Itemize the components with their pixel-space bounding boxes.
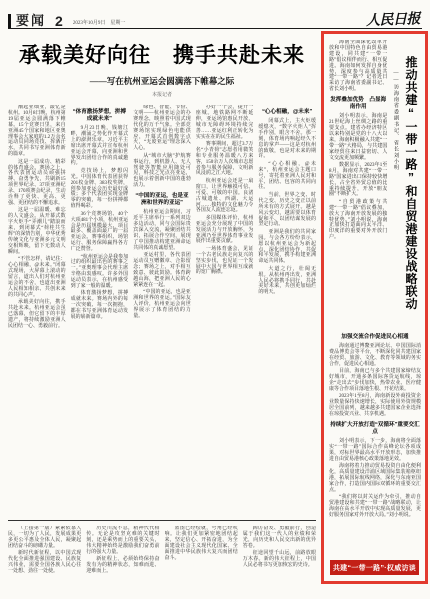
article-paragraph: 一场体育盛会，见证一个古老民族走向复兴的坚实步伐，也见证一个发展中大国与世界相互…: [196, 247, 254, 277]
article-paragraph: 新征程上，必须始终保持奋发有为的精神状态，知难而进、迎难而上。: [86, 557, 159, 575]
article-paragraph: 刘小明表示，海南是21世纪海上丝绸之路的重要支点。建省办经济特区以来特别是党的十…: [329, 114, 387, 161]
article-column-3: 绿色、智能、节俭、文明——杭州亚运会的办赛理念，映照着中国式现代化的万千气象。全…: [133, 105, 191, 513]
article-subheading: “体育激扬梦想，拼搏成就未来”: [71, 109, 129, 123]
main-subtitle: ——写在杭州亚运会圆满落下帷幕之际: [8, 75, 316, 87]
page-number: 2: [55, 14, 63, 28]
continuation-column-2: 历史川流不息，精神代代相传。无论是攻坚克难的关键时刻，还是乘势而上的重要关头，伟…: [86, 526, 159, 590]
article-paragraph: 潮起亚细亚，最忆是杭州。10月8日晚，杭州第19届亚运会圆满落下帷幕。15个竞赛…: [8, 105, 66, 158]
article-paragraph: 海南通过博鳌亚洲论坛、中国国际消费品博览会等平台，不断深化同共建国家在经贸、旅游…: [329, 344, 421, 368]
article-paragraph: 历史川流不息，精神代代相传。无论是攻坚克难的关键时刻，还是乘势而上的重要关头，伟…: [86, 526, 159, 556]
article-paragraph: 当前，世界之变、时代之变、历史之变正以前所未有的方式展开。越是风云变幻，越需要以…: [258, 193, 316, 228]
article-paragraph: 闭幕式上，主火炬缓缓熄灭，“数字火炬人”挥手作别，眼含不舍。那一刻，体育场内响起…: [258, 119, 316, 160]
continuation-column-3: 蓝图已经绘就，号角已经吹响。让我们更加紧密地团结起来，坚定信心、开拓奋进，为全面…: [165, 526, 238, 590]
article-paragraph: 蓝图已经绘就，号角已经吹响。让我们更加紧密地团结起来，坚定信心、开拓奋进，为全面…: [165, 526, 238, 561]
article-paragraph: 竞技场上，梦想闪光。中国体育代表团获得201枚金牌、383枚奖牌，创参加亚运会历…: [71, 169, 129, 210]
article-paragraph: 这是一届成功、精彩的体育盛会。赛场之上，各代表团运动员顽强拼搏、奋勇争先，共刷新…: [8, 160, 66, 207]
section-label: 要闻: [8, 14, 46, 28]
article-paragraph: 数据显示，2023年1至8月，海南对共建“一带一路”国家进出口保持较快增长，占全…: [329, 163, 387, 198]
byline: 本报记者: [8, 91, 316, 98]
page-header: 要闻 2 2023年10月9日 星期一 人民日报: [8, 8, 422, 29]
article-paragraph: 办好一个会，提升一座城。地铁路网不断延伸，亚运场馆惠民开放，城市无障碍环境持续完…: [196, 105, 254, 140]
sidebar-title-block: ——访海南省委副书记、省长刘小明 推动共建“一带一路”和自贸港建设战略联动: [387, 40, 421, 328]
sidebar-article-top: 海南全面深化改革开放和中国特色自由贸易港建设，同共建“一带一路”倡议相伴而行、相…: [329, 40, 421, 328]
article-paragraph: 亚洲是我们的共同家园。与会各方纷纷表示，愿以杭州亚运会为新起点，深化团结协作，共…: [258, 230, 316, 265]
article-paragraph: 36个竞赛场馆、40个大项481个小项，杭州亚运会是历届规模最大、项目最多、覆盖…: [71, 212, 129, 253]
article-paragraph: “中国的亚运，也是亚洲和世界的亚运。”国际友人评价，杭州亚运会向世界展示了体育团…: [133, 290, 191, 320]
sidebar-article-left-column: 海南全面深化改革开放和中国特色自由贸易港建设，同共建“一带一路”倡议相伴而行、相…: [329, 40, 387, 328]
article-paragraph: “心心相融，@未来”，杭州亚运会主题口号，寄托着亚洲人民对和平、团结、包容的共同…: [258, 162, 316, 192]
article-column-4: 办好一个会，提升一座城。地铁路网不断延伸，亚运场馆惠民开放，城市无障碍环境持续完…: [196, 105, 254, 513]
article-paragraph: “杭州亚运会是我参加过的组织最出色的赛事之一。”亚奥理事会代理主席辛格由衷感叹。…: [71, 255, 129, 290]
article-paragraph: 亚运村里，各代表团运动员互赠徽章、合影留念；赛场之上，对手相互致意、彼此鼓励。体…: [133, 253, 191, 288]
sidebar-vertical-subtitle: ——访海南省委副书记、省长刘小明: [391, 70, 401, 295]
article-body: 潮起亚细亚，最忆是杭州。10月8日晚，杭州第19届亚运会圆满落下帷幕。15个竞赛…: [8, 105, 316, 513]
series-banner: 共建“一带一路”·权威访谈: [330, 560, 419, 576]
article-paragraph: 杭州亚运会期间，习近平主席举行一系列双边多边活动，同与会国际贵宾深入交流，凝聚团…: [133, 210, 191, 251]
article-subheading: 持续扩大开放打造“双循环”重要交汇点: [329, 422, 421, 436]
date-line: 2023年10月9日 星期一: [73, 20, 126, 28]
section-divider: [8, 520, 316, 521]
article-paragraph: 新时代新征程，以中国式现代化全面推进强国建设、民族复兴伟业，需要全国各族人民心往…: [8, 551, 81, 575]
article-column-2: “体育激扬梦想，拼搏成就未来”9月23日晚，钱塘江畔，潮涌之势化作开幕式上的澎湃…: [71, 105, 129, 513]
article-paragraph: “我们将以封关运作为牵引，推动自贸港建设和共建“一带一路”战略联动，让海南在高水…: [329, 495, 421, 519]
article-paragraph: 承载美好向往，携手共赴未来。杭州亚运会虽已落幕，但它留下的丰厚遗产，将持续激励亚…: [8, 300, 66, 330]
sidebar-article-bottom: 加强交流合作促进民心相通海南通过博鳌亚洲论坛、中国国际消费品博览会等平台，不断深…: [329, 330, 421, 528]
article-paragraph: 大道之行，壮阔无垠。从杭州再出发，亚洲人民必将携手同行，共赴美好未来，共创更加灿…: [258, 267, 316, 297]
continuation-block: （上接第一版）紧紧依靠人民，一切为了人民，发展成果更多更公平惠及全体人民，凝聚起…: [8, 526, 316, 590]
article-paragraph: 体育激扬梦想，拼搏成就未来。赛场内外的每一次突破、每一次拥抱，都在书写亚洲体育运…: [71, 291, 129, 321]
article-paragraph: 2023年1至8月，海南新设外商投资企业数量保持快速增长，实际使用外资规模居全国…: [329, 394, 421, 418]
article-paragraph: （上接第一版）紧紧依靠人民，一切为了人民，发展成果更多更公平惠及全体人民，凝聚起…: [8, 526, 81, 550]
article-paragraph: 刘小明表示，下一步，海南将全面落实“一带一路”国际合作高峰论坛各项成果，对标世界…: [329, 439, 421, 463]
article-paragraph: 多国媒体评价，杭州亚运会充分展现了中国的发展活力与开放胸怀，为亚洲乃至世界体育事…: [196, 216, 254, 246]
article-subheading: “心心相融，@未来”: [258, 109, 316, 116]
article-column-5: “心心相融，@未来”闭幕式上，主火炬缓缓熄灭，“数字火炬人”挥手作别，眼含不舍。…: [258, 105, 316, 513]
article-subheading: 发挥叠加优势 凸显海南作用: [329, 97, 387, 111]
article-paragraph: 赛事期间，超过3.7万名“小青荷”志愿者用微笑和专业服务温暖八方来客，150余万…: [196, 142, 254, 177]
sidebar-vertical-headline: 推动共建“一带一路”和自贸港建设战略联动: [401, 56, 421, 318]
article-column-1: 潮起亚细亚，最忆是杭州。10月8日晚，杭州第19届亚运会圆满落下帷幕。15个竞赛…: [8, 105, 66, 513]
main-article: 承载美好向往 携手共赴未来 ——写在杭州亚运会圆满落下帷幕之际 本报记者 潮起亚…: [8, 30, 316, 590]
article-paragraph: “自贸港政策与共建“一带一路”倡议叠加，放大了海南开放发展的独特优势。”刘小明说…: [329, 200, 387, 241]
article-paragraph: 杭州亚运会还是一扇窗口，让世界触摸可信、可爱、可敬的中国。良渚古城遗址、西湖、大…: [196, 179, 254, 214]
article-subheading: 加强交流合作促进民心相通: [329, 334, 421, 341]
article-paragraph: 踔厉奋发、勇毅前行，创造属于我们这一代人的业绩和荣光，向历史和人民交出新的优异答…: [243, 526, 316, 550]
article-paragraph: 征途回望千山远，前路放眼万木春。新的伟大征程上，中国人民必将书写更加恢宏的史诗。: [243, 551, 316, 569]
article-paragraph: 绿色、智能、节俭、文明——杭州亚运会的办赛理念，映照着中国式现代化的万千气象。全…: [133, 105, 191, 152]
newspaper-page: 要闻 2 2023年10月9日 星期一 人民日报 承载美好向往 携手共赴未来 —…: [0, 0, 430, 599]
highlighted-sidebar-article[interactable]: 海南全面深化改革开放和中国特色自由贸易港建设，同共建“一带一路”倡议相伴而行、相…: [321, 31, 428, 584]
article-paragraph: 海南全面深化改革开放和中国特色自由贸易港建设，同共建“一带一路”倡议相伴而行、相…: [329, 40, 387, 93]
article-paragraph: 从“城市大脑”护航赛事运行，到机器人、无人驾驶等智能应用随处可见，科技之光点亮亚…: [133, 154, 191, 189]
article-subheading: “中国的亚运，也是亚洲和世界的亚运”: [133, 193, 191, 207]
main-headline: 承载美好向往 携手共赴未来: [8, 39, 316, 69]
masthead-logo: 人民日报: [366, 11, 423, 29]
continuation-column-1: （上接第一版）紧紧依靠人民，一切为了人民，发展成果更多更公平惠及全体人民，凝聚起…: [8, 526, 81, 590]
article-paragraph: 9月23日晚，钱塘江畔，潮涌之势化作开幕式上的澎湃乐章。习近平主席出席开幕式并宣…: [71, 126, 129, 167]
article-paragraph: 这是一届温暖、难忘的人文盛会。从开幕式数字火炬手“弄潮儿”踏浪而来，到闭幕式“荷…: [8, 208, 66, 255]
continuation-column-4: 踔厉奋发、勇毅前行，创造属于我们这一代人的业绩和荣光，向历史和人民交出新的优异答…: [243, 526, 316, 590]
article-paragraph: 海南将着力推动贸易投资自由化便利化，高质量建设洋浦区域国际集装箱枢纽港，拓展国际…: [329, 464, 421, 494]
article-paragraph: 目前，海南已与多个共建国家缔结友好城市，开通多条国际客货运航线，琼企“走出去”步…: [329, 369, 421, 393]
article-paragraph: “不管怎样，请记住：心心相融，@未来。”闭幕式现场，大屏幕上滚动的留言，道出人们…: [8, 257, 66, 298]
